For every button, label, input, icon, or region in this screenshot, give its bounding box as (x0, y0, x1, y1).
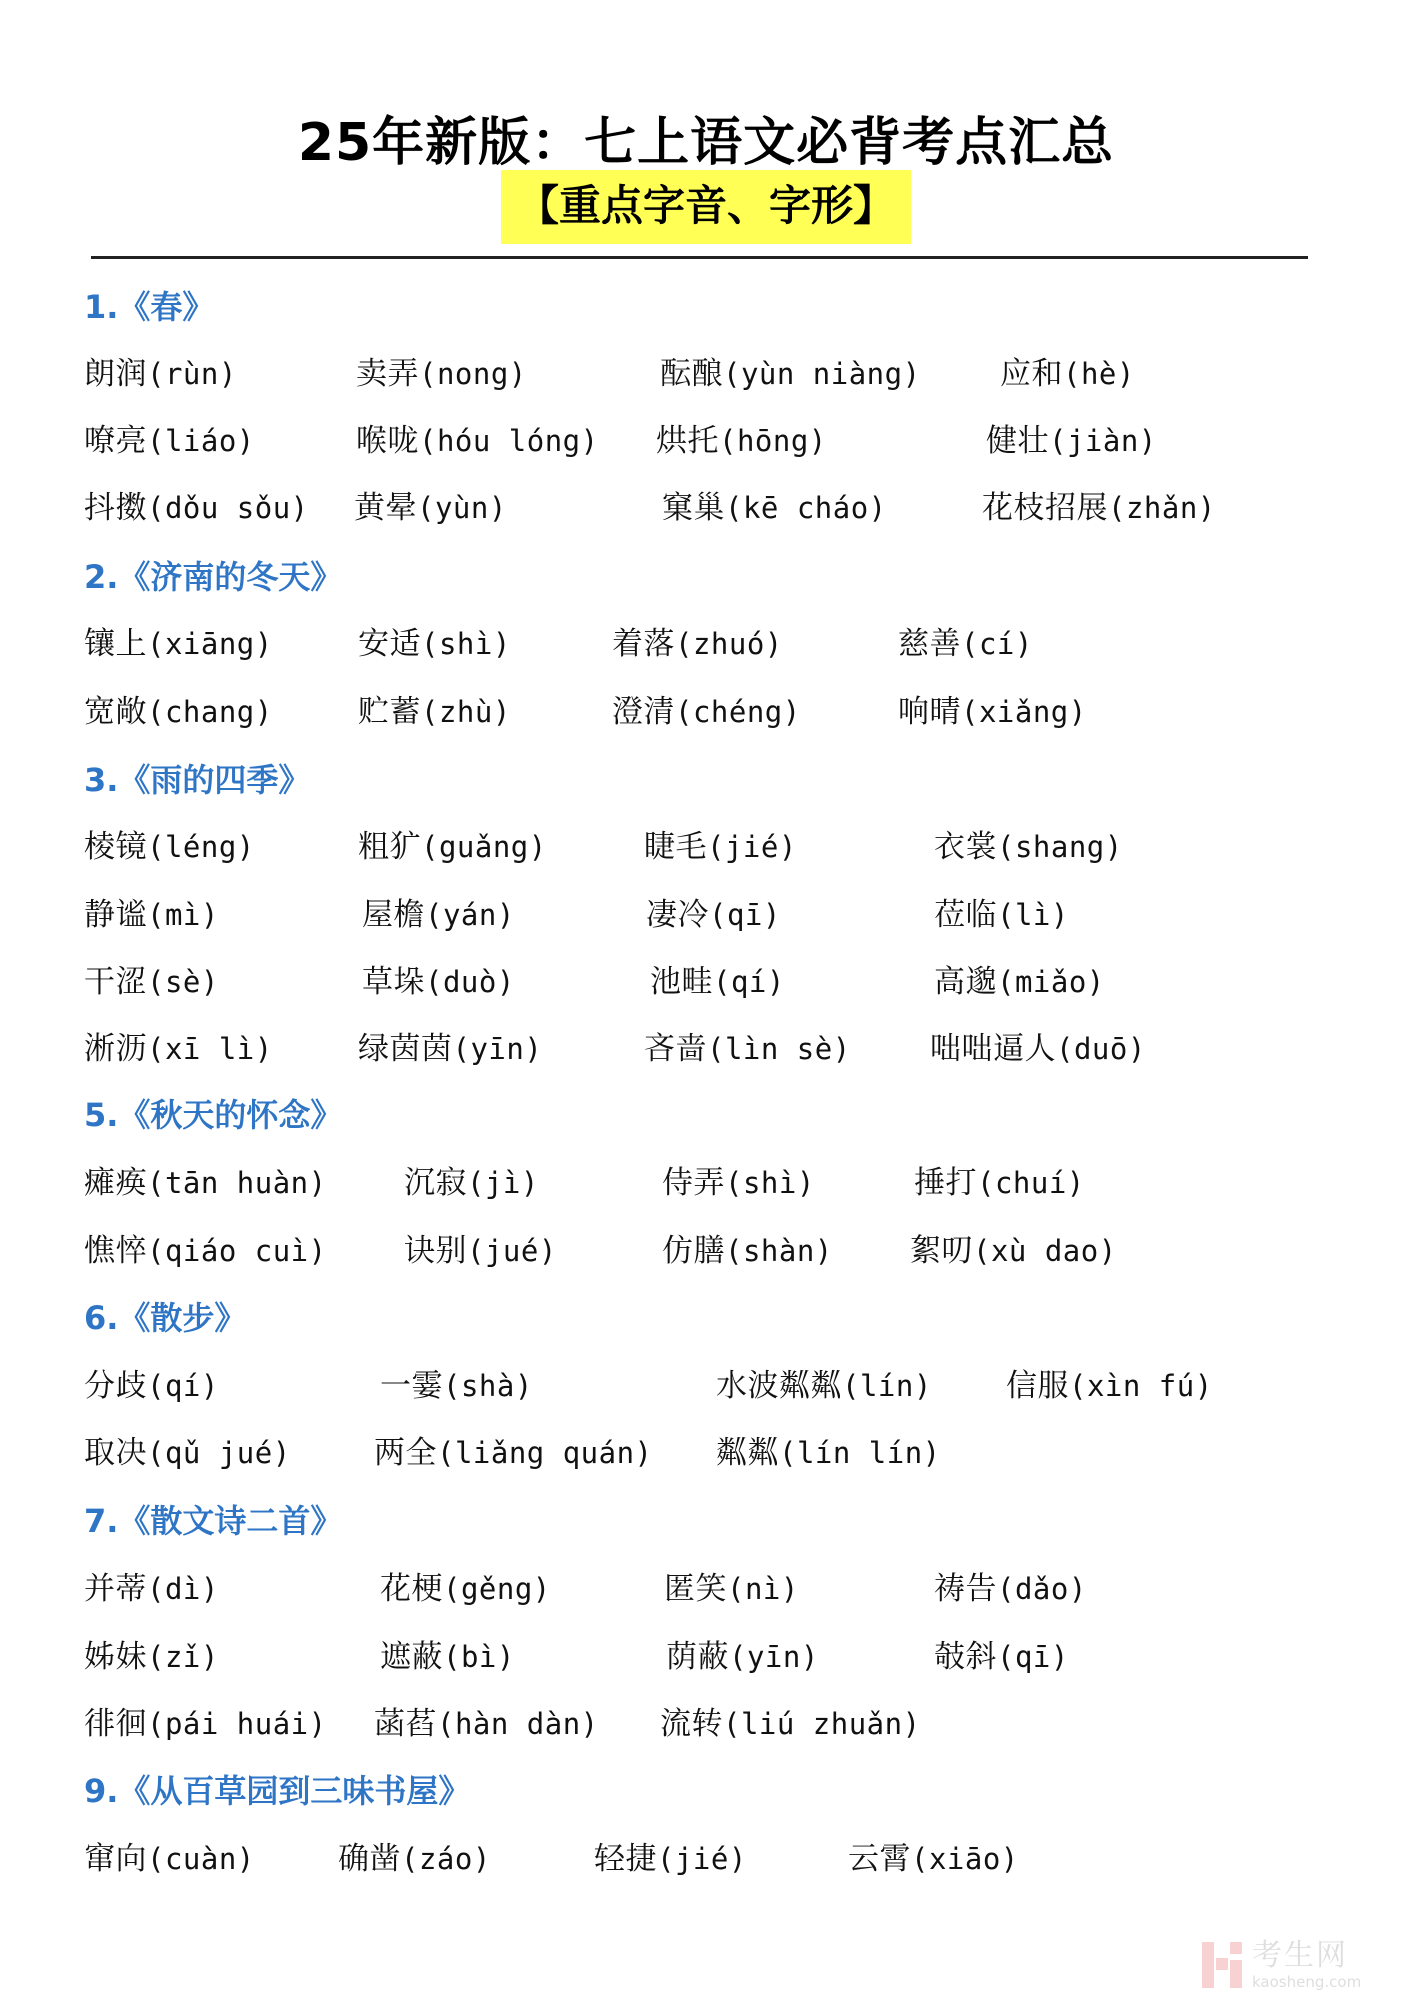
term-row: 取决(qǔ jué) 两全(liǎng quán) 粼粼(lín lín) (0, 1427, 1412, 1471)
term-item: 烘托(hōng) (656, 415, 827, 460)
term-item: 淅沥(xī lì) (84, 1023, 273, 1068)
term-item: 黄晕(yùn) (354, 482, 507, 527)
term-row: 朗润(rùn) 卖弄(nong) 酝酿(yùn niàng) 应和(hè) (0, 348, 1412, 392)
term-row: 憔悴(qiáo cuì) 诀别(jué) 仿膳(shàn) 絮叨(xù dao) (0, 1225, 1412, 1269)
term-item: 憔悴(qiáo cuì) (84, 1225, 327, 1270)
term-item: 侍弄(shì) (662, 1157, 815, 1202)
term-row: 窜向(cuàn) 确凿(záo) 轻捷(jié) 云霄(xiāo) (0, 1833, 1412, 1877)
kaosheng-logo-icon (1202, 1942, 1242, 1988)
divider (91, 256, 1308, 259)
term-item: 镶上(xiāng) (84, 618, 273, 663)
term-item: 贮蓄(zhù) (358, 686, 511, 731)
term-item: 并蒂(dì) (84, 1563, 219, 1608)
term-item: 池畦(qí) (650, 956, 785, 1001)
term-item: 遮蔽(bì) (380, 1631, 515, 1676)
term-row: 静谧(mì) 屋檐(yán) 凄冷(qī) 莅临(lì) (0, 889, 1412, 933)
term-item: 水波粼粼(lín) (716, 1360, 932, 1405)
term-row: 姊妹(zǐ) 遮蔽(bì) 荫蔽(yīn) 攲斜(qī) (0, 1631, 1412, 1675)
subtitle-wrap: 【重点字音、字形】 (0, 170, 1412, 244)
section-heading-3: 3.《雨的四季》 (84, 755, 310, 801)
term-item: 卖弄(nong) (356, 348, 527, 393)
term-item: 粼粼(lín lín) (716, 1427, 941, 1472)
term-item: 花枝招展(zhǎn) (982, 482, 1216, 527)
term-item: 徘徊(pái huái) (84, 1698, 327, 1743)
section-heading-7: 7.《散文诗二首》 (84, 1496, 342, 1542)
term-row: 徘徊(pái huái) 菡萏(hàn dàn) 流转(liú zhuǎn) (0, 1698, 1412, 1742)
term-item: 干涩(sè) (84, 956, 219, 1001)
term-item: 粗犷(guǎng) (358, 821, 547, 866)
term-item: 高邈(miǎo) (934, 956, 1105, 1001)
term-item: 慈善(cí) (898, 618, 1033, 663)
term-row: 干涩(sè) 草垛(duò) 池畦(qí) 高邈(miǎo) (0, 956, 1412, 1000)
section-heading-9: 9.《从百草园到三味书屋》 (84, 1766, 470, 1812)
term-item: 流转(liú zhuǎn) (660, 1698, 921, 1743)
term-item: 屋檐(yán) (362, 889, 515, 934)
term-item: 抖擞(dǒu sǒu) (84, 482, 309, 527)
term-item: 云霄(xiāo) (848, 1833, 1019, 1878)
term-row: 宽敞(chang) 贮蓄(zhù) 澄清(chéng) 响晴(xiǎng) (0, 686, 1412, 730)
term-row: 淅沥(xī lì) 绿茵茵(yīn) 吝啬(lìn sè) 咄咄逼人(duō) (0, 1023, 1412, 1067)
term-item: 酝酿(yùn niàng) (660, 348, 921, 393)
term-row: 瘫痪(tān huàn) 沉寂(jì) 侍弄(shì) 捶打(chuí) (0, 1157, 1412, 1201)
term-item: 窜向(cuàn) (84, 1833, 255, 1878)
section-heading-2: 2.《济南的冬天》 (84, 552, 342, 598)
term-item: 朗润(rùn) (84, 348, 237, 393)
term-item: 嘹亮(liáo) (84, 415, 255, 460)
term-item: 棱镜(léng) (84, 821, 255, 866)
term-item: 攲斜(qī) (934, 1631, 1069, 1676)
term-item: 睫毛(jié) (644, 821, 797, 866)
section-heading-6: 6.《散步》 (84, 1293, 246, 1339)
term-row: 棱镜(léng) 粗犷(guǎng) 睫毛(jié) 衣裳(shang) (0, 821, 1412, 865)
term-item: 绿茵茵(yīn) (358, 1023, 542, 1068)
term-item: 吝啬(lìn sè) (644, 1023, 851, 1068)
watermark-en: kaosheng.com (1252, 1975, 1361, 1990)
section-heading-5: 5.《秋天的怀念》 (84, 1090, 342, 1136)
term-item: 确凿(záo) (338, 1833, 491, 1878)
subtitle-highlight: 【重点字音、字形】 (501, 170, 911, 244)
term-item: 衣裳(shang) (934, 821, 1123, 866)
watermark-cn: 考生网 (1252, 1941, 1361, 1971)
term-row: 抖擞(dǒu sǒu) 黄晕(yùn) 窠巢(kē cháo) 花枝招展(zhǎ… (0, 482, 1412, 526)
term-item: 信服(xìn fú) (1006, 1360, 1213, 1405)
term-item: 澄清(chéng) (612, 686, 801, 731)
term-item: 窠巢(kē cháo) (662, 482, 887, 527)
term-row: 分歧(qí) 一霎(shà) 水波粼粼(lín) 信服(xìn fú) (0, 1360, 1412, 1404)
term-item: 菡萏(hàn dàn) (374, 1698, 599, 1743)
term-item: 着落(zhuó) (612, 618, 783, 663)
term-item: 应和(hè) (1000, 348, 1135, 393)
term-row: 镶上(xiāng) 安适(shì) 着落(zhuó) 慈善(cí) (0, 618, 1412, 662)
term-item: 诀别(jué) (404, 1225, 557, 1270)
term-item: 草垛(duò) (362, 956, 515, 1001)
term-row: 并蒂(dì) 花梗(gěng) 匿笑(nì) 祷告(dǎo) (0, 1563, 1412, 1607)
term-item: 瘫痪(tān huàn) (84, 1157, 327, 1202)
term-item: 两全(liǎng quán) (374, 1427, 653, 1472)
term-item: 轻捷(jié) (594, 1833, 747, 1878)
term-item: 咄咄逼人(duō) (930, 1023, 1146, 1068)
term-item: 一霎(shà) (380, 1360, 533, 1405)
term-item: 宽敞(chang) (84, 686, 273, 731)
term-item: 安适(shì) (358, 618, 511, 663)
section-heading-1: 1.《春》 (84, 282, 214, 328)
term-item: 分歧(qí) (84, 1360, 219, 1405)
term-item: 沉寂(jì) (404, 1157, 539, 1202)
term-item: 静谧(mì) (84, 889, 219, 934)
term-item: 姊妹(zǐ) (84, 1631, 219, 1676)
term-item: 莅临(lì) (934, 889, 1069, 934)
term-row: 嘹亮(liáo) 喉咙(hóu lóng) 烘托(hōng) 健壮(jiàn) (0, 415, 1412, 459)
watermark: 考生网 kaosheng.com (1202, 1930, 1402, 2000)
term-item: 荫蔽(yīn) (666, 1631, 819, 1676)
term-item: 凄冷(qī) (646, 889, 781, 934)
term-item: 花梗(gěng) (380, 1563, 551, 1608)
term-item: 喉咙(hóu lóng) (356, 415, 599, 460)
term-item: 絮叨(xù dao) (910, 1225, 1117, 1270)
term-item: 祷告(dǎo) (934, 1563, 1087, 1608)
term-item: 响晴(xiǎng) (898, 686, 1087, 731)
page-title: 25年新版：七上语文必背考点汇总 (0, 100, 1412, 175)
term-item: 捶打(chuí) (914, 1157, 1085, 1202)
term-item: 匿笑(nì) (664, 1563, 799, 1608)
term-item: 取决(qǔ jué) (84, 1427, 291, 1472)
term-item: 仿膳(shàn) (662, 1225, 833, 1270)
term-item: 健壮(jiàn) (986, 415, 1157, 460)
